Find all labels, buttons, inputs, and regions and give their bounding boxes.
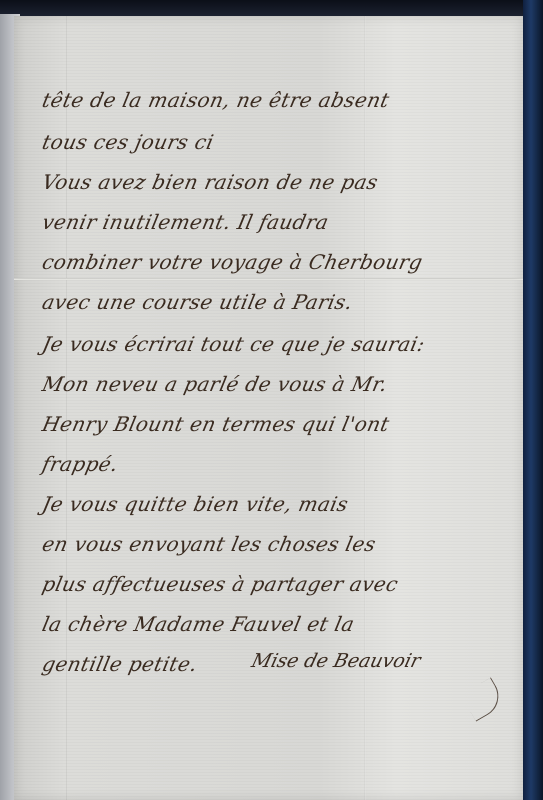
letter-line: Je vous quitte bien vite, mais [40, 492, 351, 516]
letter-line: tête de la maison, ne être absent [40, 88, 392, 112]
letter-line: Vous avez bien raison de ne pas [40, 170, 380, 194]
letter-line: gentille petite. [40, 652, 200, 676]
letter-line: en vous envoyant les choses les [40, 532, 378, 556]
letter-line: plus affectueuses à partager avec [40, 572, 400, 596]
letter-line: Henry Blount en termes qui l'ont [40, 412, 392, 436]
letter-line: avec une course utile à Paris. [40, 290, 355, 314]
letter-line: combiner votre voyage à Cherbourg [40, 250, 425, 274]
letter-line: venir inutilement. Il faudra [40, 210, 331, 234]
signature: Mise de Beauvoir [249, 650, 423, 672]
frame-top-edge [0, 0, 543, 16]
letter-line: la chère Madame Fauvel et la [40, 612, 357, 636]
letter-line: Mon neveu a parlé de vous à Mr. [40, 372, 390, 396]
letter-line: Je vous écrirai tout ce que je saurai: [40, 332, 427, 356]
letter-paper: tête de la maison, ne être absent tous c… [14, 16, 523, 800]
letter-line: tous ces jours ci [40, 130, 216, 154]
letter-line: frappé. [40, 452, 121, 476]
frame-right-edge [523, 0, 543, 800]
letter-body: tête de la maison, ne être absent tous c… [14, 16, 523, 800]
